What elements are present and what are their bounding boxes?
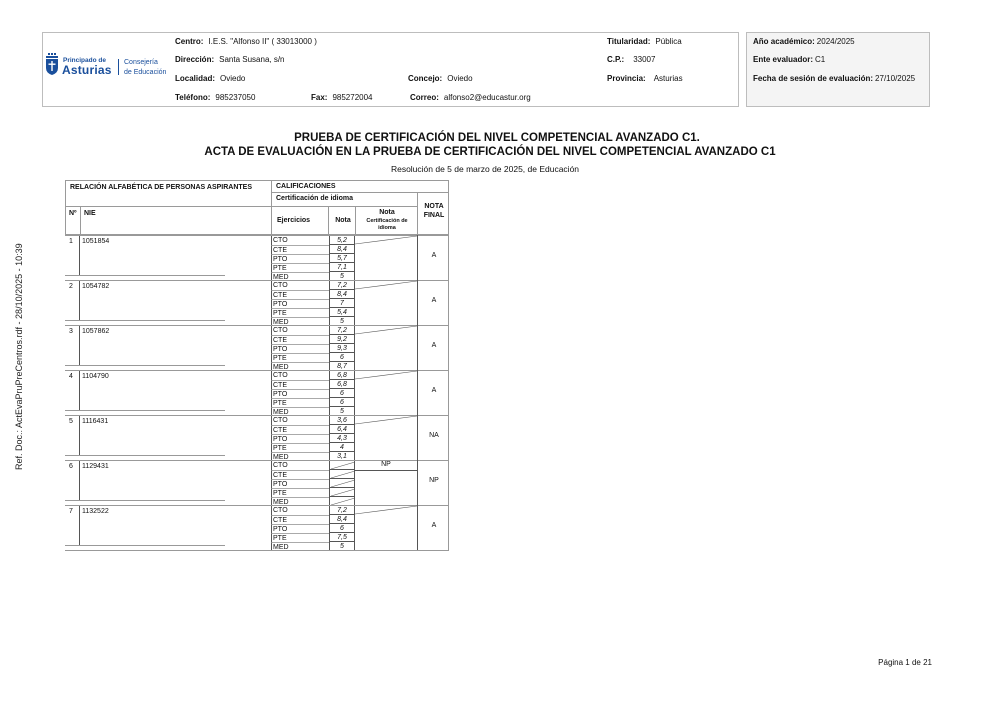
exercise-score: 3,6 (329, 416, 355, 425)
exercise-score: 7,2 (329, 281, 355, 290)
table-row: 21054782CTO7,2CTE8,4PTO7PTE5,4MED5A (65, 280, 449, 325)
cert-score-cell: NP (355, 460, 417, 505)
exercise-label: CTO (271, 326, 329, 335)
table-row: 41104790CTO6,8CTE6,8PTO6PTE6MED5A (65, 370, 449, 415)
exercise-score: 7 (329, 299, 355, 308)
final-grade-cell: A (417, 280, 449, 325)
final-grade: NA (418, 432, 450, 439)
exercise-label: PTE (271, 263, 329, 272)
row-number: 4 (69, 373, 73, 380)
final-grade-cell: NA (417, 415, 449, 460)
exercise-label: CTO (271, 461, 329, 470)
final-grade: A (418, 522, 450, 529)
final-grade: NP (418, 477, 450, 484)
document-title: PRUEBA DE CERTIFICACIÓN DEL NIVEL COMPET… (17, 132, 977, 144)
row-separator (79, 326, 80, 366)
field-ente-evaluador: Ente evaluador:C1 (753, 55, 825, 64)
row-separator (79, 416, 80, 456)
document-subtitle: ACTA DE EVALUACIÓN EN LA PRUEBA DE CERTI… (0, 146, 980, 158)
row-nie: 1104790 (82, 373, 109, 380)
exercise-label: PTE (271, 488, 329, 497)
exercise-label: PTO (271, 389, 329, 398)
field-fecha-sesion: Fecha de sesión de evaluación:27/10/2025 (753, 74, 915, 83)
row-underline (65, 455, 225, 456)
exercise-label: PTE (271, 398, 329, 407)
exercise-score: 7,2 (329, 506, 355, 515)
row-number: 3 (69, 328, 73, 335)
asturias-shield-icon (45, 53, 59, 75)
cert-score-cell (355, 235, 417, 280)
row-separator (79, 371, 80, 411)
field-localidad: Localidad:Oviedo (175, 74, 245, 83)
exercise-score: 7,1 (329, 263, 355, 272)
exercise-score: 7,2 (329, 326, 355, 335)
exercise-score: 8,4 (329, 515, 355, 524)
table-row: 11051854CTO5,2CTE8,4PTO5,7PTE7,1MED5A (65, 235, 449, 280)
exercise-label: CTE (271, 380, 329, 389)
row-separator (79, 236, 80, 276)
exercise-label: CTE (271, 425, 329, 434)
header-nota: Nota (328, 206, 356, 235)
exercise-score: 4 (329, 443, 355, 452)
field-telefono: Teléfono:985237050 (175, 93, 255, 102)
table-row: 61129431CTOCTEPTOPTEMEDNPNP (65, 460, 449, 505)
header-nota-cert: Nota Certificación de idioma (355, 206, 418, 235)
exercise-label: PTO (271, 479, 329, 488)
row-underline (65, 545, 225, 546)
header-num-nie: Nº NIE (65, 206, 271, 235)
final-grade-cell: A (417, 325, 449, 370)
principado-logo: Principado de Asturias Consejeríade Educ… (45, 51, 175, 81)
exercise-score: 5,4 (329, 308, 355, 317)
final-grade-cell: A (417, 370, 449, 415)
exercise-label: PTO (271, 524, 329, 533)
field-centro: Centro:I.E.S. "Alfonso II" ( 33013000 ) (175, 37, 317, 46)
final-grade-cell: A (417, 505, 449, 550)
final-grade: A (418, 387, 450, 394)
cert-score-cell (355, 370, 417, 415)
exercise-label: CTO (271, 281, 329, 290)
exercise-label: CTE (271, 245, 329, 254)
logo-separator (118, 59, 119, 75)
exercise-label: PTE (271, 533, 329, 542)
exercise-label: CTO (271, 371, 329, 380)
logo-department: Consejeríade Educación (124, 58, 166, 77)
table-row: 31057862CTO7,2CTE9,2PTO9,3PTE6MED8,7A (65, 325, 449, 370)
cert-score-cell (355, 280, 417, 325)
header-ejercicios: Ejercicios (271, 206, 329, 235)
exercise-score: 5,7 (329, 254, 355, 263)
exercise-score: 8,4 (329, 245, 355, 254)
cert-score-cell (355, 505, 417, 550)
exercise-score: 6 (329, 398, 355, 407)
cert-score-cell (355, 325, 417, 370)
exercise-label: CTO (271, 416, 329, 425)
exercise-label: PTO (271, 344, 329, 353)
exercise-score: 6 (329, 389, 355, 398)
table-row: 71132522CTO7,2CTE8,4PTO6PTE7,5MED5A (65, 505, 449, 550)
document-reference: Ref. Doc.: ActEvaPruPreCentros.rdf - 28/… (14, 243, 24, 470)
final-grade: A (418, 342, 450, 349)
field-provincia: Provincia:Asturias (607, 74, 683, 83)
exercise-score: 6,4 (329, 425, 355, 434)
exercise-label: PTO (271, 299, 329, 308)
cert-score-cell (355, 415, 417, 460)
cert-score: NP (355, 461, 417, 468)
final-grade: A (418, 297, 450, 304)
final-grade: A (418, 252, 450, 259)
exercise-label: CTE (271, 290, 329, 299)
row-underline (65, 410, 225, 411)
exercise-label: CTE (271, 470, 329, 479)
exercise-label: PTO (271, 254, 329, 263)
row-number: 1 (69, 238, 73, 245)
field-cp: C.P.:33007 (607, 55, 655, 64)
exercise-label: CTO (271, 506, 329, 515)
row-nie: 1132522 (82, 508, 109, 515)
exercise-label: CTE (271, 335, 329, 344)
field-titularidad: Titularidad:Pública (607, 37, 682, 46)
center-info-box: Principado de Asturias Consejeríade Educ… (42, 32, 739, 107)
field-direccion: Dirección:Santa Susana, s/n (175, 55, 285, 64)
final-grade-cell: A (417, 235, 449, 280)
field-anio-academico: Año académico:2024/2025 (753, 37, 855, 46)
logo-line2: Asturias (62, 63, 112, 77)
exercise-score: 6,8 (329, 380, 355, 389)
exercise-label: CTO (271, 236, 329, 245)
exercise-score: 9,3 (329, 344, 355, 353)
row-underline (65, 320, 225, 321)
row-number: 5 (69, 418, 73, 425)
exercise-score: 4,3 (329, 434, 355, 443)
row-nie: 1051854 (82, 238, 109, 245)
exercise-score (329, 479, 355, 488)
page-number: Página 1 de 21 (878, 658, 932, 667)
exercise-score: 5,2 (329, 236, 355, 245)
row-nie: 1057862 (82, 328, 109, 335)
row-number: 6 (69, 463, 73, 470)
exercise-score: 9,2 (329, 335, 355, 344)
exercise-score: 6,8 (329, 371, 355, 380)
row-nie: 1129431 (82, 463, 109, 470)
exercise-label: PTE (271, 443, 329, 452)
row-number: 7 (69, 508, 73, 515)
row-number: 2 (69, 283, 73, 290)
exercise-label: PTE (271, 353, 329, 362)
header-cert-idioma: Certificación de idioma (271, 192, 418, 207)
field-concejo: Concejo:Oviedo (408, 74, 473, 83)
exercise-score: 6 (329, 524, 355, 533)
exercise-score (329, 470, 355, 479)
field-fax: Fax:985272004 (311, 93, 373, 102)
header-nota-final: NOTA FINAL (417, 192, 449, 235)
row-underline (65, 500, 225, 501)
resolution-text: Resolución de 5 de marzo de 2025, de Edu… (0, 164, 970, 174)
exercise-label: CTE (271, 515, 329, 524)
field-correo: Correo:alfonso2@educastur.org (410, 93, 531, 102)
row-underline (65, 365, 225, 366)
row-underline (65, 275, 225, 276)
row-separator (79, 506, 80, 546)
final-grade-cell: NP (417, 460, 449, 505)
exercise-label: PTE (271, 308, 329, 317)
exercise-score: 8,4 (329, 290, 355, 299)
exercise-score (329, 461, 355, 470)
exercise-score: 7,5 (329, 533, 355, 542)
exercise-score: 6 (329, 353, 355, 362)
exercise-score (329, 488, 355, 497)
evaluation-info-box: Año académico:2024/2025 Ente evaluador:C… (746, 32, 930, 107)
table-row: 51116431CTO3,6CTE6,4PTO4,3PTE4MED3,1NA (65, 415, 449, 460)
header-relacion: RELACIÓN ALFABÉTICA DE PERSONAS ASPIRANT… (65, 180, 271, 206)
exercise-label: PTO (271, 434, 329, 443)
row-nie: 1054782 (82, 283, 109, 290)
table-bottom-border (65, 550, 449, 551)
row-nie: 1116431 (82, 418, 108, 425)
row-separator (79, 281, 80, 321)
row-separator (79, 461, 80, 501)
